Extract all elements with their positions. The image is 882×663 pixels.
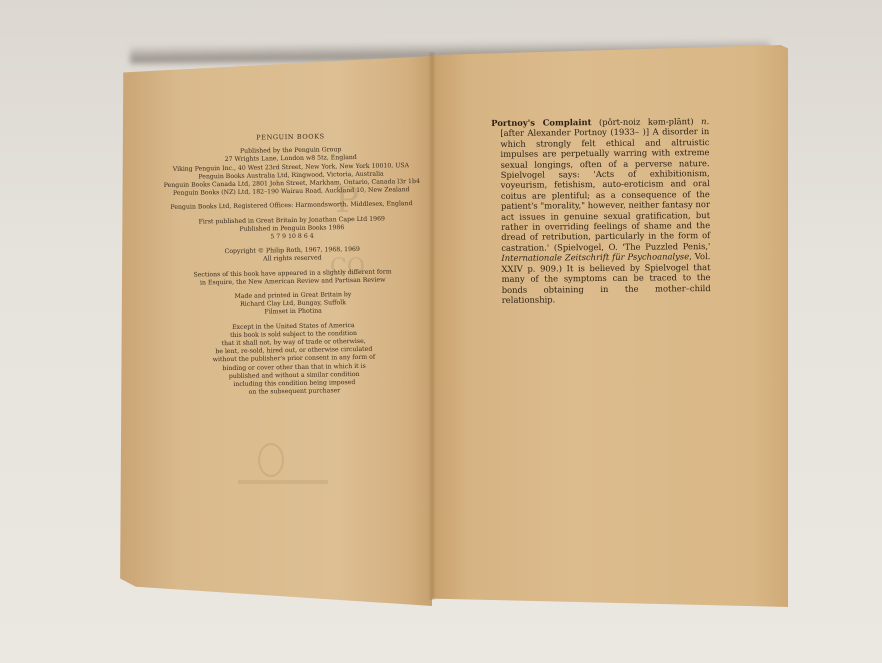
registered-office: Penguin Books Ltd, Registered Offices: H… [164,200,419,212]
show-through-penguin-logo-icon [258,443,284,477]
registered-office-line: Penguin Books Ltd, Registered Offices: H… [164,200,419,212]
publisher-addresses: Published by the Penguin Group 27 Wright… [163,145,419,198]
sale-condition: Except in the United States of America t… [166,321,422,399]
show-through-line [238,480,328,484]
book-photo: P CO PENGUIN BOOKS Published by the Peng… [0,0,882,663]
prior-publication-note: Sections of this book have appeared in a… [165,268,420,288]
printer-info: Made and printed in Great Britain by Ric… [165,290,420,319]
copyright-notice: Copyright © Philip Roth, 1967, 1968, 196… [165,245,420,265]
definition-body: A disorder in which strongly felt ethica… [500,126,710,252]
definition-paragraph: Portnoy's Complaint (pôrt-noiz kəm-plānt… [491,116,711,305]
dictionary-definition: Portnoy's Complaint (pôrt-noiz kəm-plānt… [491,116,711,305]
definition-headword: Portnoy's Complaint [491,117,591,128]
definition-part-of-speech: n. [701,116,709,126]
book-gutter [428,52,436,600]
publication-history: First published in Great Britain by Jona… [164,215,419,244]
copyright-imprint: PENGUIN BOOKS Published by the Penguin G… [163,131,422,404]
definition-pronunciation: (pôrt-noiz kəm-plānt) [599,116,694,127]
